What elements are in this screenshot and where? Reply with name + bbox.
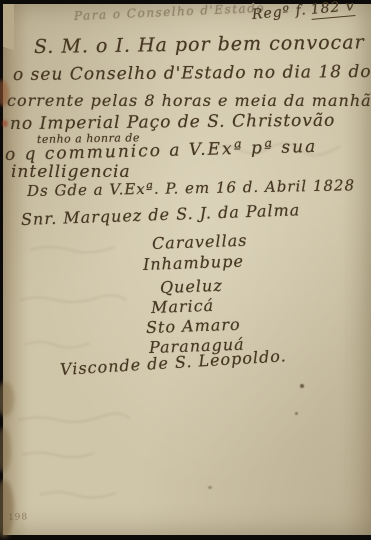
manuscript-line: no Imperial Paço de S. Christovão bbox=[10, 111, 336, 134]
manuscript-line: intelligencia bbox=[11, 162, 131, 182]
manuscript-line: S. M. o I. Ha por bem convocar bbox=[34, 31, 365, 58]
addressee-list-item: Maricá bbox=[151, 296, 215, 317]
addressee-list-item: Queluz bbox=[160, 276, 223, 297]
photo-edge-left bbox=[0, 0, 3, 540]
addressee-list-item: Caravellas bbox=[152, 231, 248, 253]
manuscript-photo: Para o Conselho d'Estado Regº f.182 v S.… bbox=[0, 0, 371, 540]
addressee-list-item: Inhambupe bbox=[143, 251, 245, 274]
manuscript-line: o seu Conselho d'Estado no dia 18 do bbox=[13, 62, 371, 85]
page-number-stamp: 198 bbox=[8, 512, 29, 523]
photo-edge-bottom bbox=[0, 535, 371, 540]
manuscript-line: corrente pelas 8 horas e meia da manhã bbox=[7, 91, 371, 110]
addressee-list-item: Sto Amaro bbox=[146, 315, 241, 337]
